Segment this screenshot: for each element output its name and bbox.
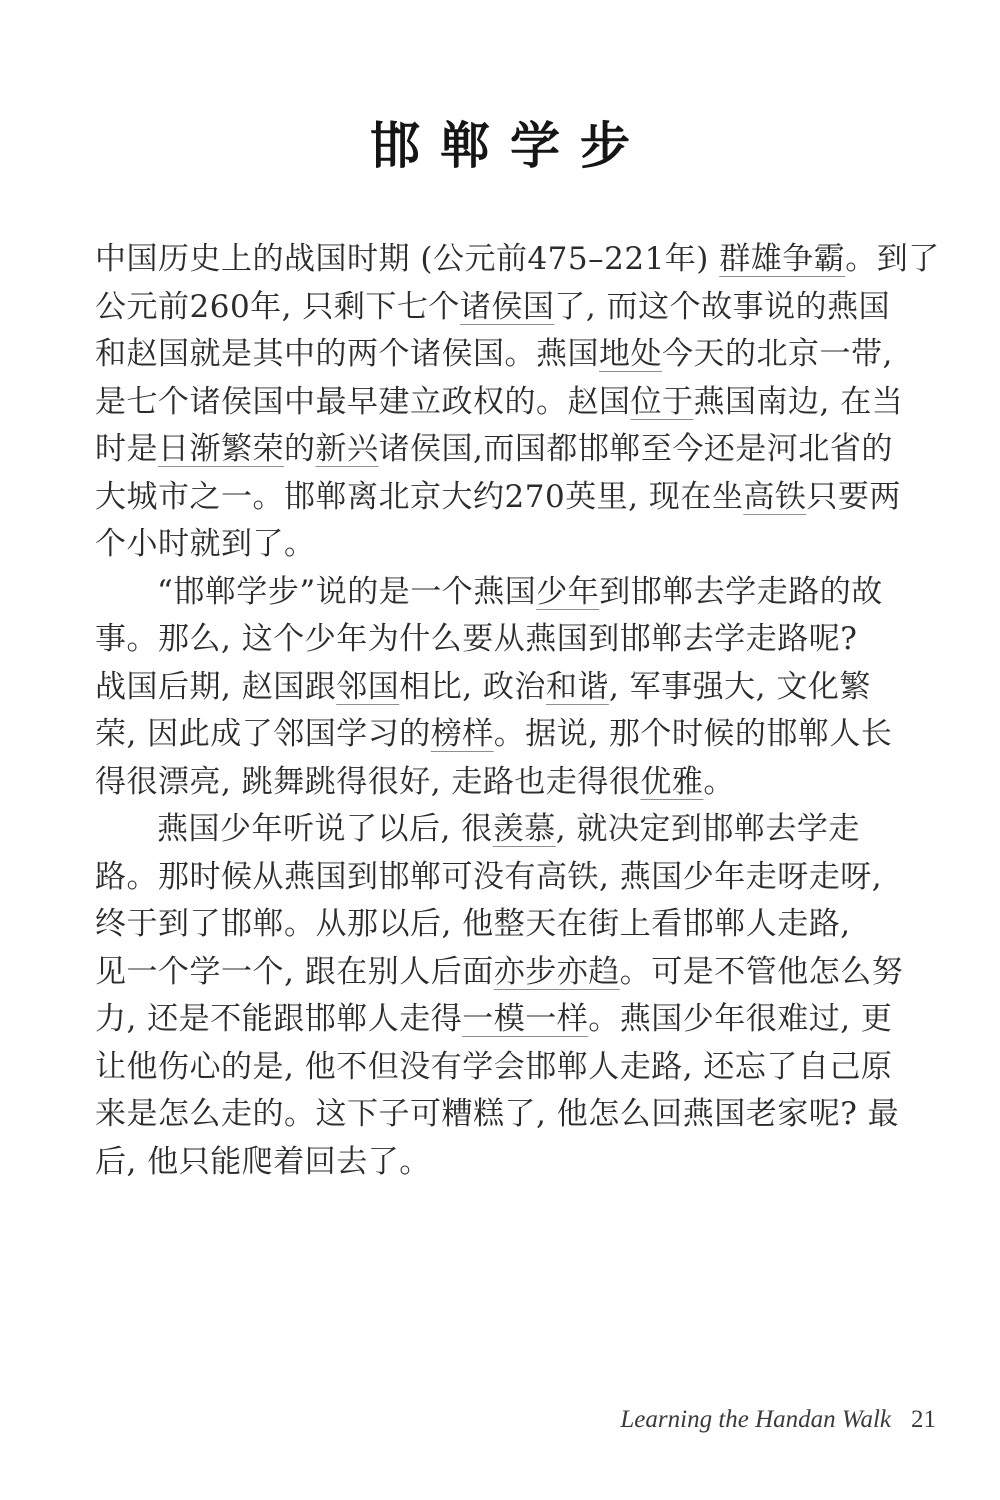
- text-line: 中国历史上的战国时期 (公元前475–221年) 群雄争霸。到了: [95, 236, 910, 284]
- text-segment: 。燕国少年很难过, 更: [588, 1001, 892, 1037]
- underlined-term: 高铁: [743, 479, 806, 515]
- text-segment: 战国后期, 赵国跟: [95, 669, 336, 705]
- text-line: 战国后期, 赵国跟邻国相比, 政治和谐, 军事强大, 文化繁: [95, 664, 910, 712]
- text-segment: 事。那么, 这个少年为什么要从燕国到邯郸去学走路呢?: [95, 621, 857, 657]
- text-line: 事。那么, 这个少年为什么要从燕国到邯郸去学走路呢?: [95, 616, 910, 664]
- text-segment: , 军事强大, 文化繁: [609, 669, 871, 705]
- text-segment: , 就决定到邯郸去学走: [556, 811, 860, 847]
- text-segment: 。据说, 那个时候的邯郸人长: [494, 716, 893, 752]
- page-footer: Learning the Handan Walk21: [620, 1406, 936, 1434]
- text-segment: 。到了: [845, 241, 940, 277]
- underlined-term: 羡慕: [493, 811, 556, 847]
- text-segment: 中国历史上的战国时期 (公元前475–221年): [95, 241, 719, 277]
- underlined-term: 诸侯国: [460, 289, 555, 325]
- text-line: 终于到了邯郸。从那以后, 他整天在街上看邯郸人走路,: [95, 901, 910, 949]
- underlined-term: 位于: [631, 384, 694, 420]
- underlined-term: 榜样: [431, 716, 494, 752]
- underlined-term: 邻国: [336, 669, 399, 705]
- text-segment: 个小时就到了。: [95, 526, 316, 562]
- text-segment: 荣, 因此成了邻国学习的: [95, 716, 431, 752]
- text-segment: 燕国南边, 在当: [694, 384, 904, 420]
- text-segment: 让他伤心的是, 他不但没有学会邯郸人走路, 还忘了自己原: [95, 1049, 892, 1085]
- text-segment: 路。那时候从燕国到邯郸可没有高铁, 燕国少年走呀走呀,: [95, 859, 882, 895]
- text-segment: 了, 而这个故事说的燕国: [554, 289, 890, 325]
- text-segment: 后, 他只能爬着回去了。: [95, 1144, 431, 1180]
- underlined-term: 一模一样: [462, 1001, 588, 1037]
- text-line: 力, 还是不能跟邯郸人走得一模一样。燕国少年很难过, 更: [95, 996, 910, 1044]
- page-number: 21: [911, 1406, 936, 1433]
- text-segment: 燕国少年听说了以后, 很: [157, 811, 493, 847]
- text-segment: 今天的北京一带,: [662, 336, 893, 372]
- running-head: Learning the Handan Walk: [620, 1406, 891, 1433]
- text-line: 是七个诸侯国中最早建立政权的。赵国位于燕国南边, 在当: [95, 379, 910, 427]
- text-segment: 得很漂亮, 跳舞跳得很好, 走路也走得很: [95, 764, 640, 800]
- text-segment: 到邯郸去学走路的故: [599, 574, 883, 610]
- underlined-term: 新兴: [316, 431, 379, 467]
- underlined-term: 地处: [599, 336, 662, 372]
- text-segment: 来是怎么走的。这下子可糟糕了, 他怎么回燕国老家呢? 最: [95, 1096, 899, 1132]
- text-segment: 时是: [95, 431, 158, 467]
- text-segment: 公元前260年, 只剩下七个: [95, 289, 460, 325]
- underlined-term: 和谐: [546, 669, 609, 705]
- text-segment: 力, 还是不能跟邯郸人走得: [95, 1001, 462, 1037]
- text-segment: 诸侯国,而国都邯郸至今还是河北省的: [379, 431, 893, 467]
- text-line: 让他伤心的是, 他不但没有学会邯郸人走路, 还忘了自己原: [95, 1044, 910, 1092]
- text-line: 得很漂亮, 跳舞跳得很好, 走路也走得很优雅。: [95, 759, 910, 807]
- page-title: 邯郸学步: [0, 118, 1000, 173]
- text-segment: 和赵国就是其中的两个诸侯国。燕国: [95, 336, 599, 372]
- text-segment: 。可是不管他怎么努: [620, 954, 904, 990]
- text-segment: 见一个学一个, 跟在别人后面: [95, 954, 494, 990]
- underlined-term: 日渐繁荣: [158, 431, 284, 467]
- text-segment: 。: [703, 764, 735, 800]
- text-segment: “邯郸学步”说的是一个燕国: [157, 574, 536, 610]
- text-line: 后, 他只能爬着回去了。: [95, 1139, 910, 1187]
- text-line: 个小时就到了。: [95, 521, 910, 569]
- text-line: 见一个学一个, 跟在别人后面亦步亦趋。可是不管他怎么努: [95, 949, 910, 997]
- underlined-term: 亦步亦趋: [494, 954, 620, 990]
- text-line: 时是日渐繁荣的新兴诸侯国,而国都邯郸至今还是河北省的: [95, 426, 910, 474]
- text-line: “邯郸学步”说的是一个燕国少年到邯郸去学走路的故: [95, 569, 910, 617]
- text-segment: 的: [284, 431, 316, 467]
- text-line: 来是怎么走的。这下子可糟糕了, 他怎么回燕国老家呢? 最: [95, 1091, 910, 1139]
- text-segment: 只要两: [806, 479, 901, 515]
- body-text: 中国历史上的战国时期 (公元前475–221年) 群雄争霸。到了公元前260年,…: [95, 236, 910, 1186]
- text-segment: 终于到了邯郸。从那以后, 他整天在街上看邯郸人走路,: [95, 906, 851, 942]
- underlined-term: 群雄争霸: [719, 241, 845, 277]
- text-line: 和赵国就是其中的两个诸侯国。燕国地处今天的北京一带,: [95, 331, 910, 379]
- text-line: 大城市之一。邯郸离北京大约270英里, 现在坐高铁只要两: [95, 474, 910, 522]
- underlined-term: 少年: [536, 574, 599, 610]
- text-segment: 相比, 政治: [399, 669, 546, 705]
- book-page: 邯郸学步 中国历史上的战国时期 (公元前475–221年) 群雄争霸。到了公元前…: [0, 0, 1000, 1500]
- text-line: 路。那时候从燕国到邯郸可没有高铁, 燕国少年走呀走呀,: [95, 854, 910, 902]
- text-line: 荣, 因此成了邻国学习的榜样。据说, 那个时候的邯郸人长: [95, 711, 910, 759]
- underlined-term: 优雅: [640, 764, 703, 800]
- text-segment: 是七个诸侯国中最早建立政权的。赵国: [95, 384, 631, 420]
- text-segment: 大城市之一。邯郸离北京大约270英里, 现在坐: [95, 479, 743, 515]
- text-line: 公元前260年, 只剩下七个诸侯国了, 而这个故事说的燕国: [95, 284, 910, 332]
- text-line: 燕国少年听说了以后, 很羡慕, 就决定到邯郸去学走: [95, 806, 910, 854]
